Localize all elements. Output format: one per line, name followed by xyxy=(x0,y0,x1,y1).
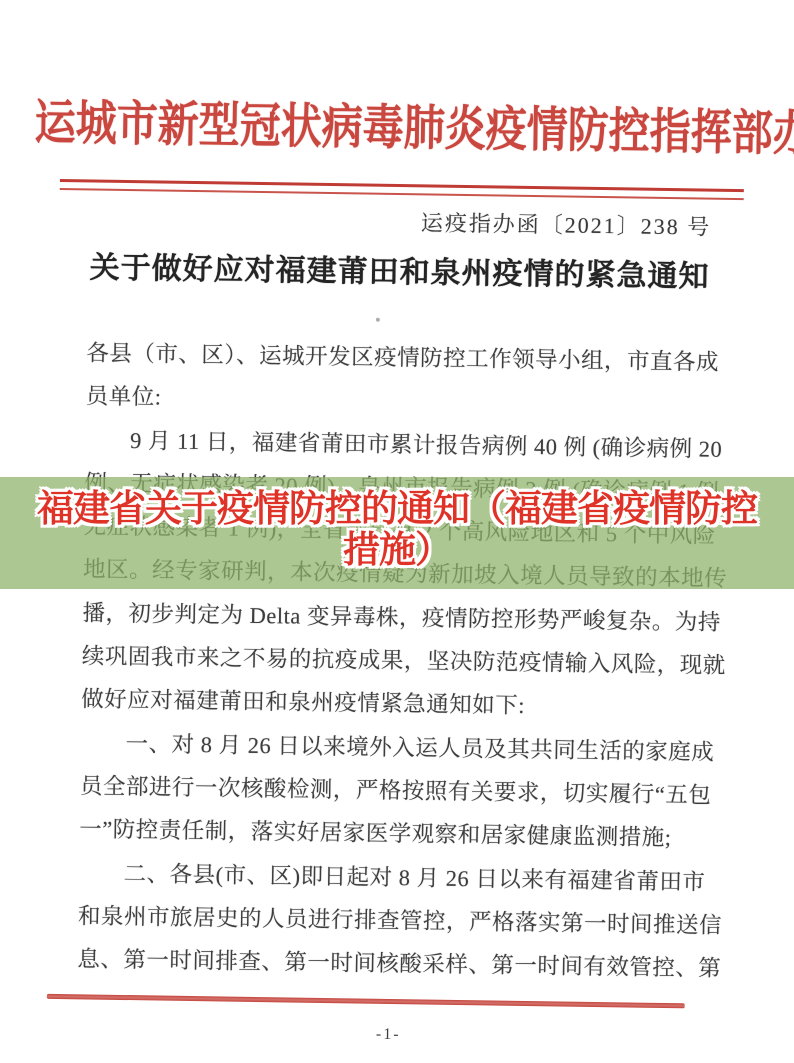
body-line: 息、第一时间排查、第一时间核酸采样、第一时间有效管控、第 xyxy=(77,937,717,990)
footer-divider xyxy=(47,994,685,1008)
header-divider xyxy=(60,179,744,200)
document-title: 关于做好应对福建莆田和泉州疫情的紧急通知 xyxy=(2,241,794,297)
header-office-name: 运城市新型冠状病毒肺炎疫情防控指挥部办公室 xyxy=(34,83,769,164)
caption-title: 福建省关于疫情防控的通知（福建省疫情防控 措施） xyxy=(0,488,794,570)
document-page: 运城市新型冠状病毒肺炎疫情防控指挥部办公室 运疫指办函〔2021〕238 号 关… xyxy=(0,0,794,1063)
caption-title-line2: 措施） xyxy=(0,529,794,570)
document-body: 各县（市、区）、运城开发区疫情防控工作领导小组，市直各成 员单位: 9 月 11… xyxy=(77,331,726,990)
scan-speck xyxy=(376,318,380,322)
doc-number: 运疫指办函〔2021〕238 号 xyxy=(421,206,712,241)
page-number: -1- xyxy=(0,1020,785,1050)
caption-title-line1: 福建省关于疫情防控的通知（福建省疫情防控 xyxy=(0,488,794,529)
